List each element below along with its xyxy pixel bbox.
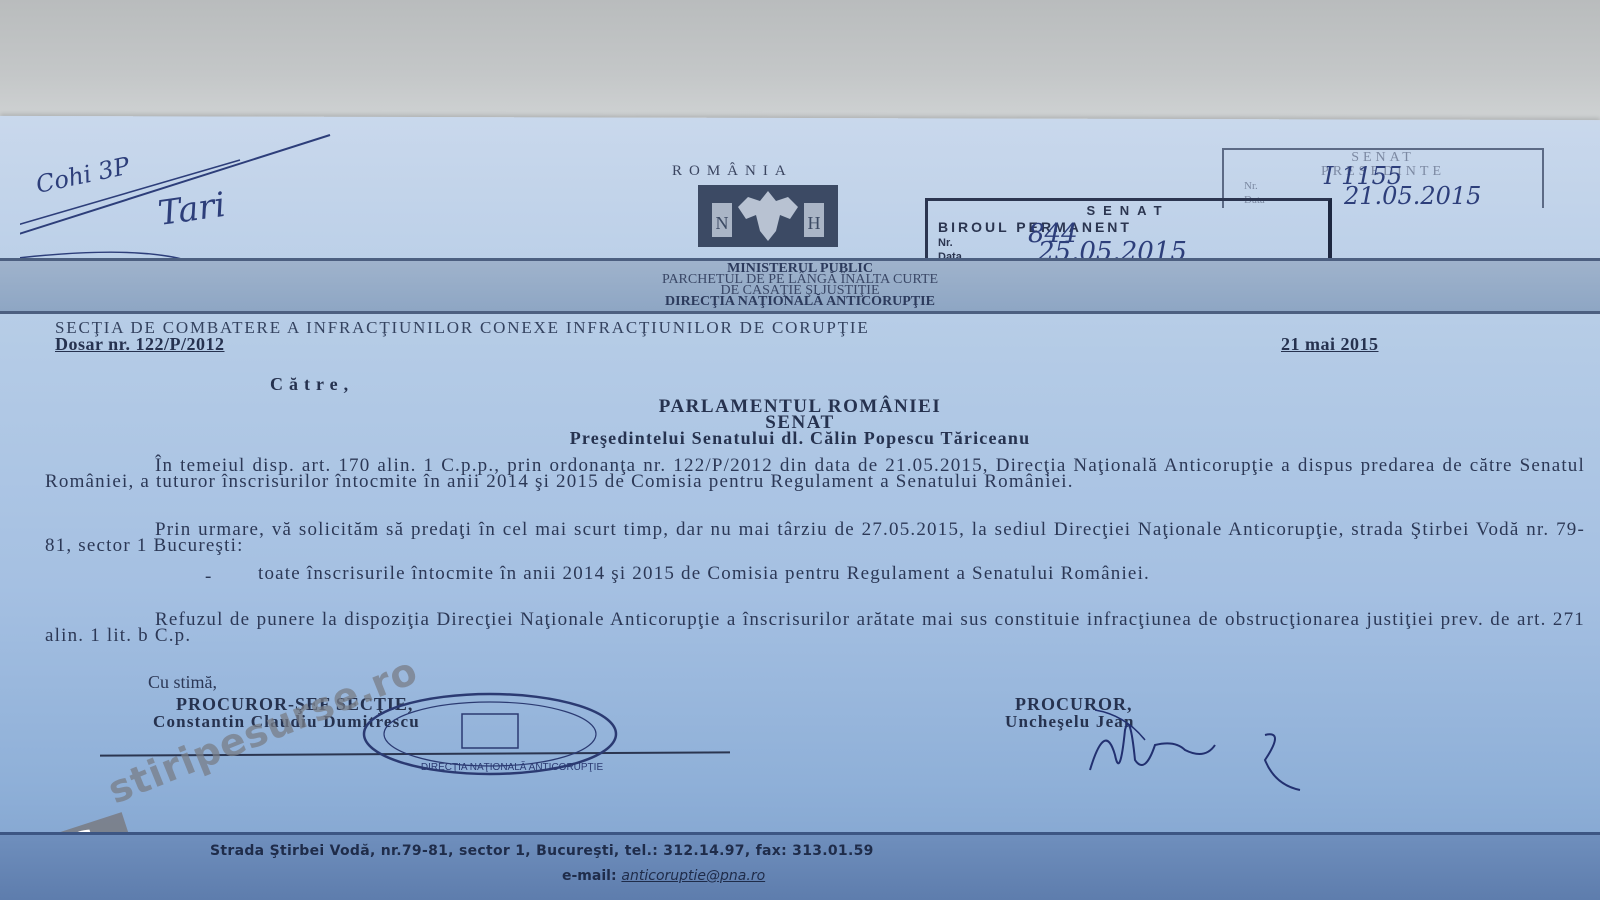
- addressee-person: Preşedintelui Senatului dl. Călin Popesc…: [0, 428, 1600, 449]
- footer-email-label: e-mail:: [562, 868, 617, 884]
- svg-text:H: H: [808, 213, 821, 233]
- bullet-item: toate înscrisurile întocmite în anii 201…: [258, 566, 1588, 582]
- institution-header-band: MINISTERUL PUBLIC PARCHETUL DE PE LÂNGĂ …: [0, 258, 1600, 314]
- salutation: Către,: [270, 374, 354, 395]
- country-heading: ROMÂNIA: [672, 163, 793, 180]
- footer-email-line: e-mail: anticoruptie@pna.ro: [562, 868, 765, 884]
- romania-coat-of-arms-icon: N H: [698, 185, 838, 247]
- body-paragraph-3: Refuzul de punere la dispoziţia Direcţie…: [45, 612, 1585, 644]
- table-surface: [0, 0, 1600, 125]
- body-paragraph-1: În temeiul disp. art. 170 alin. 1 C.p.p.…: [45, 458, 1585, 490]
- document-date: 21 mai 2015: [1281, 334, 1379, 355]
- bullet-marker: -: [205, 566, 211, 588]
- svg-text:N: N: [716, 213, 729, 233]
- svg-text:Tari: Tari: [156, 185, 228, 234]
- body-paragraph-2: Prin urmare, vă solicităm să predaţi în …: [45, 522, 1585, 554]
- footer-address: Strada Ştirbei Vodă, nr.79-81, sector 1,…: [210, 843, 874, 859]
- closing-phrase: Cu stimă,: [148, 672, 217, 693]
- svg-text:DIRECŢIA NAŢIONALĂ ANTICORUPŢI: DIRECŢIA NAŢIONALĂ ANTICORUPŢIE: [421, 760, 604, 773]
- letterhead-footer: Strada Ştirbei Vodă, nr.79-81, sector 1,…: [0, 832, 1600, 900]
- stamp-date: 21.05.2015: [1344, 182, 1481, 210]
- senate-permanent-bureau-stamp: SENAT BIROUL PERMANENT Nr. 844 Data 25.0…: [925, 198, 1332, 267]
- svg-text:Cohi 3P: Cohi 3P: [33, 152, 133, 199]
- prosecutor-signature: [1085, 700, 1325, 800]
- handwritten-annotation: Cohi 3P Tari: [20, 125, 380, 265]
- dossier-number: Dosar nr. 122/P/2012: [55, 334, 225, 355]
- footer-email-link[interactable]: anticoruptie@pna.ro: [621, 868, 765, 884]
